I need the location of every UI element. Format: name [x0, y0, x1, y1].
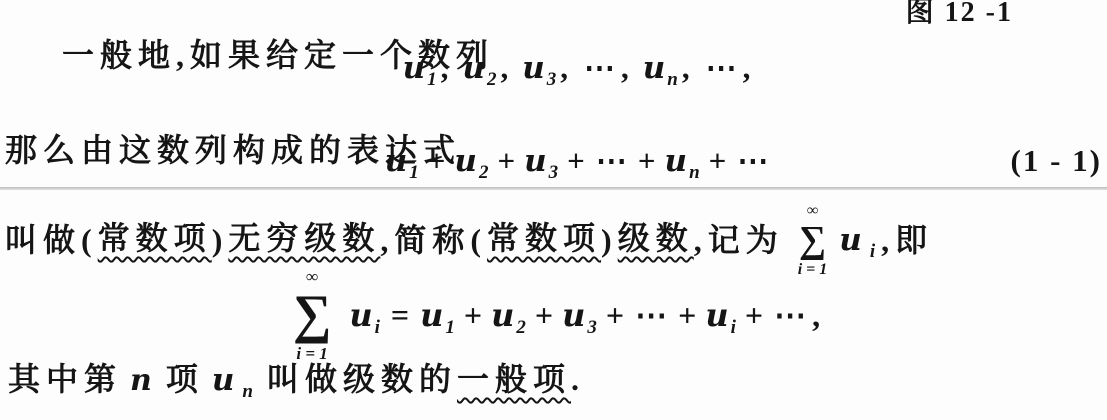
math-var: u2: [454, 143, 488, 179]
text-segment: ,即: [881, 221, 933, 259]
equals-operator: =: [391, 297, 409, 334]
textbook-page: 图 12 -1 一般地,如果给定一个数列 u1,u2,u3,⋯,un,⋯, 那么…: [0, 0, 1107, 420]
math-var: un: [665, 143, 700, 179]
math-var: u1: [385, 143, 419, 179]
text-segment: 叫做级数的: [267, 361, 457, 397]
text-segment: ,简称(: [380, 221, 487, 259]
ellipsis: ⋯: [596, 143, 627, 179]
ellipsis: ⋯: [737, 143, 768, 179]
figure-caption: 图 12 -1: [906, 0, 1013, 30]
math-operator: ,: [500, 50, 508, 86]
math-var-n: n: [130, 363, 158, 398]
plus-operator: +: [497, 143, 515, 179]
plus-operator: +: [428, 143, 446, 179]
math-var: u2: [462, 50, 496, 86]
text-segment: 其中第: [8, 361, 122, 397]
text-segment: ,记为: [694, 221, 784, 259]
plus-operator: +: [709, 143, 727, 179]
math-var: ui: [705, 296, 736, 334]
series-sum-equation: u1+u2+u3+⋯+un+⋯: [0, 143, 1107, 179]
text-segment: .: [571, 361, 585, 397]
equation-number: (1 - 1): [1011, 143, 1102, 179]
ellipsis: ⋯: [706, 50, 737, 86]
text-segment: ): [212, 221, 229, 259]
sigma-symbol: ∑: [293, 285, 332, 345]
plus-operator: +: [678, 297, 696, 334]
inline-summation: ∞∑i = 1: [798, 203, 828, 278]
divider-line: [0, 187, 1107, 190]
ellipsis: ⋯: [584, 50, 615, 86]
math-var: u3: [524, 143, 558, 179]
math-var: un: [212, 361, 259, 399]
wavy-term-series: 级数: [618, 219, 694, 261]
sigma-symbol: ∑: [799, 219, 826, 262]
paragraph-series-definition: 叫做(常数项)无穷级数,简称(常数项)级数,记为∞∑i = 1ui,即: [5, 204, 933, 276]
wavy-term-general-term: 一般项: [457, 361, 571, 401]
math-operator: ,: [560, 50, 568, 86]
math-operator: ,: [743, 50, 751, 86]
ellipsis: ⋯: [635, 296, 667, 334]
math-var: un: [643, 50, 678, 86]
plus-operator: +: [745, 297, 763, 334]
plus-operator: +: [464, 297, 482, 334]
math-var: u3: [562, 296, 597, 334]
wavy-term-constant-1: 常数项: [98, 219, 212, 261]
plus-operator: +: [567, 143, 585, 179]
math-operator: ,: [682, 50, 690, 86]
plus-operator: +: [606, 297, 624, 334]
main-sum-equation: ∞∑i = 1 ui=u1+u2+u3+⋯+ui+⋯,: [0, 268, 1107, 362]
text-segment: ): [601, 221, 618, 259]
sum-upper-limit: ∞: [306, 268, 318, 285]
math-var: ui: [839, 221, 881, 259]
sequence-equation: u1,u2,u3,⋯,un,⋯,: [0, 50, 1107, 86]
text-segment: 叫做(: [5, 221, 98, 259]
math-var: u1: [403, 50, 437, 86]
paragraph-general-term: 其中第n项un叫做级数的一般项.: [8, 360, 585, 399]
ellipsis: ⋯: [774, 296, 806, 334]
math-var: ui: [349, 296, 380, 334]
math-operator: ,: [621, 50, 629, 86]
wavy-term-infinite-series: 无穷级数: [228, 219, 380, 261]
plus-operator: +: [535, 297, 553, 334]
sum-upper-limit: ∞: [807, 203, 818, 219]
wavy-term-constant-2: 常数项: [487, 219, 601, 261]
display-summation: ∞∑i = 1: [293, 268, 332, 362]
math-operator: ,: [441, 50, 449, 86]
math-var: u1: [420, 296, 455, 334]
text-segment: 项: [166, 361, 204, 397]
plus-operator: +: [638, 143, 656, 179]
math-var: u2: [491, 296, 526, 334]
math-operator: ,: [812, 297, 820, 334]
math-var: u3: [522, 50, 556, 86]
